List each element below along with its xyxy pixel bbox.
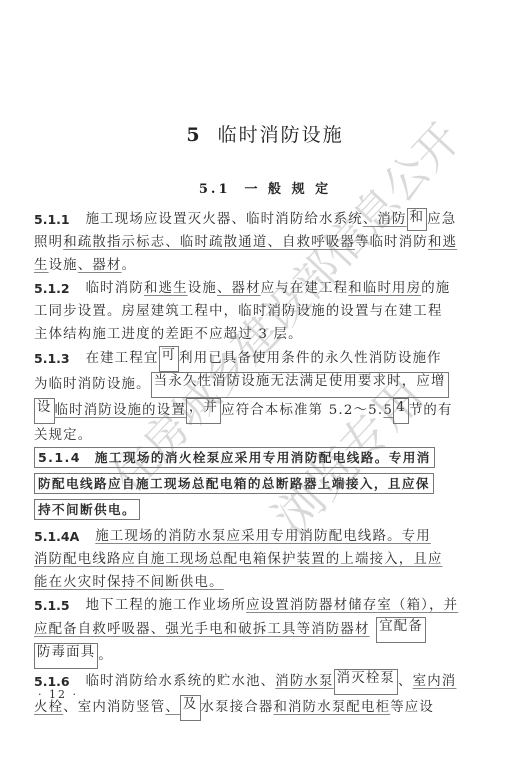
boxed-deletion: 宜配备 [376,617,426,643]
underlined-insert: 应配备自救呼吸器、强光手电和破拆工具等消防器材 [34,617,370,643]
boxed-deletion: 4 [393,398,409,424]
text-run: 。 [98,643,113,669]
text-line: 设 临时消防设施的设置 ，并 应符合本标准第 5.2～5. 5 4 节的有 [34,398,426,424]
text-run: 应急 [427,208,456,231]
text-run: 等应设 [390,695,434,721]
text-run: 关规定。 [34,424,92,447]
text-run: 水泵接合器 [201,695,274,721]
underlined-insert: 生 [34,254,49,277]
text-run: 应与在建工程 [261,277,349,300]
text-line: 能在火灾时保持不间断供电。 [34,571,426,594]
underlined-insert: 和临时用房 [348,277,421,300]
underlined-insert: 5 [383,398,393,424]
clause-number: 5.1.4A [34,525,79,548]
clause-5-1-1: 5.1.1 施工现场应设置灭火器、临时消防给水系统 、消防 和 应急 照明 和疏… [34,208,426,277]
text-line: 火栓 、室内消防竖管 、 及 水泵接合器 和消防水泵配电柜 等应设 [34,695,426,721]
text-line: 防毒面具 。 [34,643,426,669]
text-run: 施工现场的消火栓泵应采用专用消防配电线路。专用消 [95,450,431,465]
underlined-insert: 消防配电线路应自施工现场总配电箱保护装置的上端接入，且应 [34,548,443,571]
underlined-insert: 和逃 [428,231,457,254]
text-line: 消防配电线路应自施工现场总配电箱保护装置的上端接入，且应 [34,548,426,571]
clause-5-1-6: 5.1.6 临时消防给水系统的贮水池、 消防水泵 消灭栓泵 、 室内消 火栓 、… [34,669,426,721]
text-line: 生 设施 、器材 。 [34,254,426,277]
document-page: 5临时消防设施 5.1一 般 规 定 5.1.1 施工现场应设置灭火器、临时消防… [0,0,530,768]
underlined-insert: 、器材 [78,254,122,277]
text-line: 5.1.2 临时消防 和逃生 设施 、器材 应与在建工程 和临时用房 的施 [34,277,426,300]
text-line: 5.1.3 在建工程宜 可 利用已具备使用条件的永久性消防设施作 [34,346,426,372]
chapter-name: 临时消防设施 [218,124,344,146]
boxed-deletion: 可 [159,346,180,372]
boxed-deletion: 消灭栓泵 [334,669,398,695]
text-line: 5.1.6 临时消防给水系统的贮水池、 消防水泵 消灭栓泵 、 室内消 [34,669,426,695]
text-line: 主体结构施工进度的差距不应超过 3 层。 [34,323,426,346]
underlined-insert: 消防水泵 [275,669,333,695]
text-run: 为临时消防设施。 [34,372,151,398]
text-line: 5.1.1 施工现场应设置灭火器、临时消防给水系统 、消防 和 应急 [34,208,426,231]
text-run: 设施 [188,277,217,300]
text-line: 照明 和疏散指示标志、临时疏散通道、自救呼吸器 等临时消防 和逃 [34,231,426,254]
clause-number: 5.1.2 [34,277,70,300]
underlined-insert: 、消防 [363,208,407,231]
clause-5-1-4a: 5.1.4A 施工现场的消防水泵应采用专用消防配电线路。专用 消防配电线路应自施… [34,525,426,594]
text-run: 临时消防 [86,277,144,300]
clause-5-1-3: 5.1.3 在建工程宜 可 利用已具备使用条件的永久性消防设施作 为临时消防设施… [34,346,426,447]
clause-number: 5.1.3 [34,346,70,372]
underlined-insert: 应设置消防器材储存室（箱），并 [246,594,458,617]
clause-number: 5.1.5 [34,594,70,617]
text-run: 主体结构施工进度的差距不应超过 3 层。 [34,323,303,346]
clause-5-1-4: 5.1.4施工现场的消火栓泵应采用专用消防配电线路。专用消 防配电线路应自施工现… [34,447,426,525]
underlined-insert: 、器材 [217,277,261,300]
boxed-deletion: 和 [407,208,428,231]
boxed-deleted-line: 防配电线路应自施工现场总配电箱的总断路器上端接入，且应保 [34,473,434,494]
text-line: 持不间断供电。 [34,499,426,525]
boxed-deletion: 当永久性消防设施无法满足使用要求时，应增 [151,372,449,398]
boxed-deleted-line: 5.1.4施工现场的消火栓泵应采用专用消防配电线路。专用消 [34,447,435,468]
boxed-deletion: 设 [34,398,55,424]
underlined-insert: 和疏散指示标志、临时疏散通道、自救呼吸器 [63,231,355,254]
text-run: 利用已具备使用条件的永久性消防设施作 [179,346,442,372]
page-number: · 12 · [38,688,78,701]
section-number: 5.1 [199,182,231,197]
text-run: 设施 [49,254,78,277]
text-line: 应配备自救呼吸器、强光手电和破拆工具等消防器材 宜配备 [34,617,426,643]
text-run: 施工现场应设置灭火器、临时消防给水系统 [86,208,363,231]
boxed-deletion: 防毒面具 [34,643,98,669]
text-line: 5.1.5 地下工程的施工作业场所 应设置消防器材储存室（箱），并 [34,594,426,617]
text-run: 等临时消防 [355,231,428,254]
clause-5-1-5: 5.1.5 地下工程的施工作业场所 应设置消防器材储存室（箱），并 应配备自救呼… [34,594,426,669]
text-run: 节的有 [409,398,453,424]
underlined-insert: 室内消 [413,669,457,695]
text-line: 为临时消防设施。 当永久性消防设施无法满足使用要求时，应增 [34,372,426,398]
text-run: 、 [398,669,413,695]
document-body: 5.1.1 施工现场应设置灭火器、临时消防给水系统 、消防 和 应急 照明 和疏… [34,208,426,721]
clause-number: 5.1.4 [38,450,81,465]
section-name: 一 般 规 定 [245,182,332,197]
underlined-insert: 、 [165,695,180,721]
text-line: 工同步设置。房屋建筑工程中，临时消防设施的设置与在建工程 [34,300,426,323]
underlined-insert: 和逃生 [144,277,188,300]
text-run: 在建工程宜 [86,346,159,372]
text-run: 工同步设置。房屋建筑工程中，临时消防设施的设置与在建工程 [34,300,443,323]
text-run: 地下工程的施工作业场所 [86,594,247,617]
underlined-insert: 临时消防设施的设置 [55,398,186,424]
text-run: 照明 [34,231,63,254]
underlined-insert: 和消防水泵配电柜 [273,695,390,721]
text-line: 防配电线路应自施工现场总配电箱的总断路器上端接入，且应保 [34,473,426,499]
text-run: 的施 [421,277,450,300]
clause-number: 5.1.1 [34,208,70,231]
boxed-deletion: 及 [180,695,201,721]
boxed-deletion: ，并 [186,398,221,424]
text-run: 。 [122,254,137,277]
boxed-deleted-line: 持不间断供电。 [34,499,140,520]
text-run: 临时消防给水系统的贮水池、 [86,669,276,695]
text-line: 5.1.4施工现场的消火栓泵应采用专用消防配电线路。专用消 [34,447,426,473]
text-run: 应符合本标准第 5.2～5. [221,398,383,424]
section-title: 5.1一 般 规 定 [0,178,530,197]
underlined-insert: 施工现场的消防水泵应采用专用消防配电线路。专用 [95,525,431,548]
text-line: 5.1.4A 施工现场的消防水泵应采用专用消防配电线路。专用 [34,525,426,548]
clause-5-1-2: 5.1.2 临时消防 和逃生 设施 、器材 应与在建工程 和临时用房 的施 工同… [34,277,426,346]
text-line: 关规定。 [34,424,426,447]
chapter-title: 5临时消防设施 [0,120,530,147]
text-run: 、室内消防竖管 [63,695,165,721]
chapter-number: 5 [186,124,201,146]
underlined-insert: 能在火灾时保持不间断供电。 [34,571,224,594]
